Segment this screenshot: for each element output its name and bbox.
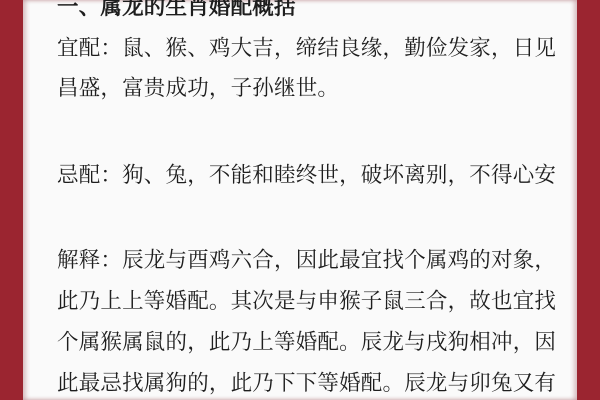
document-page: 一、属龙的生肖婚配概括 宜配：鼠、猴、鸡大吉，缔结良缘，勤俭发家，日见 昌盛，富… xyxy=(23,0,577,400)
good-match-line-1: 宜配：鼠、猴、鸡大吉，缔结良缘，勤俭发家，日见 xyxy=(57,36,556,62)
explanation-line-4: 此最忌找属狗的，此乃下下等婚配。辰龙与卯兔又有 xyxy=(57,371,556,397)
explanation-line-1: 解释：辰龙与酉鸡六合，因此最宜找个属鸡的对象， xyxy=(57,248,556,274)
bad-match-line-1: 忌配：狗、兔，不能和睦终世，破坏离别，不得心安 xyxy=(57,163,556,189)
good-match-line-2: 昌盛，富贵成功，子孙继世。 xyxy=(57,76,339,102)
section-heading: 一、属龙的生肖婚配概括 xyxy=(57,0,296,21)
explanation-line-3: 个属猴属鼠的，此乃上等婚配。辰龙与戌狗相冲，因 xyxy=(57,330,556,356)
explanation-line-2: 此乃上上等婚配。其次是与申猴子鼠三合，故也宜找 xyxy=(57,289,556,315)
